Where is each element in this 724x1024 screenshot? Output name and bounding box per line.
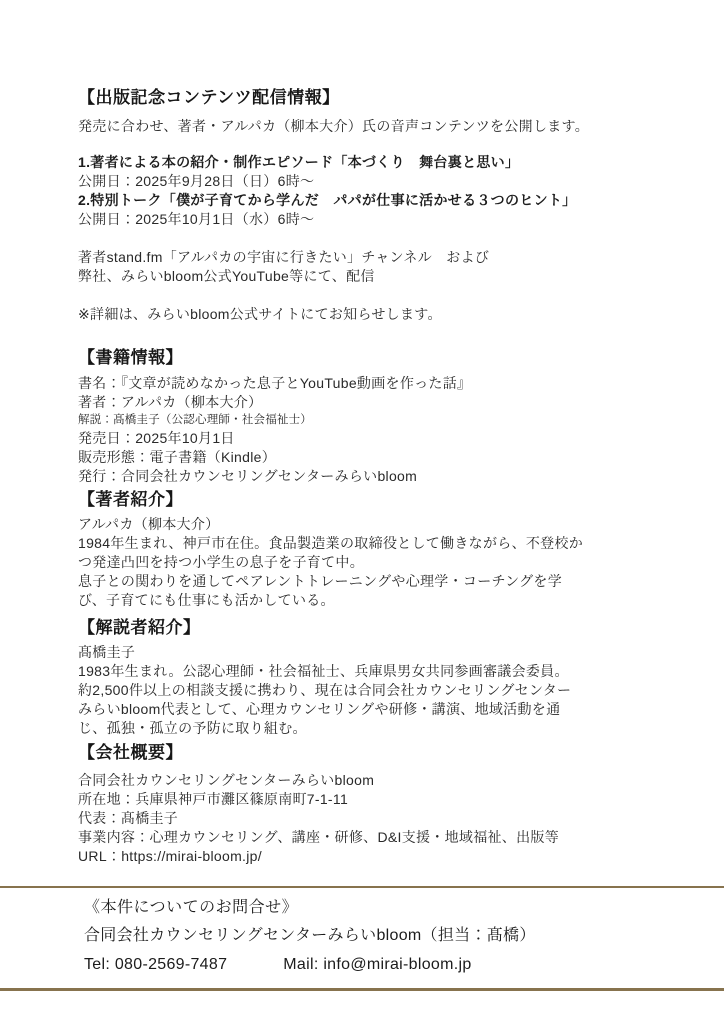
section-book-info: 【書籍情報】 書名：『文章が読めなかった息子とYouTube動画を作った話』 著… [78,346,668,486]
section-company-overview: 【会社概要】 合同会社カウンセリングセンターみらいbloom 所在地：兵庫県神戸… [78,741,668,866]
book-format-line: 販売形態：電子書籍（Kindle） [78,448,668,467]
release-item-1-title: 1.著者による本の紹介・制作エピソード「本づくり 舞台裏と思い」 [78,153,668,172]
release-intro: 発売に合わせ、著者・アルパカ（柳本大介）氏の音声コンテンツを公開します。 [78,117,668,136]
contact-tel-mail-line: Tel: 080-2569-7487Mail: info@mirai-bloom… [84,954,684,976]
author-profile-line: 息子との関わりを通してペアレントトレーニングや心理学・コーチングを学 [78,572,668,591]
release-items: 1.著者による本の紹介・制作エピソード「本づくり 舞台裏と思い」 公開日：202… [78,153,668,229]
release-item-2-title: 2.特別トーク「僕が子育てから学んだ パパが仕事に活かせる３つのヒント」 [78,191,668,210]
release-note: ※詳細は、みらいbloom公式サイトにてお知らせします。 [78,305,668,324]
company-details: 合同会社カウンセリングセンターみらいbloom 所在地：兵庫県神戸市灘区篠原南町… [78,771,668,866]
book-details: 書名：『文章が読めなかった息子とYouTube動画を作った話』 著者：アルパカ（… [78,374,668,486]
press-release-page: 【出版記念コンテンツ配信情報】 発売に合わせ、著者・アルパカ（柳本大介）氏の音声… [0,0,724,991]
contact-company-line: 合同会社カウンセリングセンターみらいbloom（担当：髙橋） [84,925,684,947]
channel-line: 弊社、みらいbloom公式YouTube等にて、配信 [78,267,668,286]
book-commentary-line: 解説：髙橋圭子（公認心理師・社会福祉士） [78,412,668,429]
release-info-heading: 【出版記念コンテンツ配信情報】 [78,86,668,110]
company-overview-heading: 【会社概要】 [78,741,668,765]
company-name-line: 合同会社カウンセリングセンターみらいbloom [78,771,668,790]
book-author-line: 著者：アルパカ（柳本大介） [78,393,668,412]
release-item-1-date: 公開日：2025年9月28日（日）6時～ [78,172,668,191]
book-info-heading: 【書籍情報】 [78,346,668,370]
section-commentator-profile: 【解説者紹介】 髙橋圭子 1983年生まれ。公認心理師・社会福祉士、兵庫県男女共… [78,616,668,738]
book-publisher-line: 発行：合同会社カウンセリングセンターみらいbloom [78,467,668,486]
commentator-profile-line: みらいbloom代表として、心理カウンセリングや研修・講演、地域活動を通 [78,700,668,719]
release-channels: 著者stand.fm「アルパカの宇宙に行きたい」チャンネル および 弊社、みらい… [78,248,668,286]
author-profile-line: アルパカ（柳本大介） [78,515,668,534]
commentator-profile-line: じ、孤独・孤立の予防に取り組む。 [78,719,668,738]
contact-heading: 《本件についてのお問合せ》 [84,897,684,919]
company-representative-line: 代表：髙橋圭子 [78,809,668,828]
author-profile-line: び、子育てにも仕事にも活かしている。 [78,591,668,610]
section-author-profile: 【著者紹介】 アルパカ（柳本大介） 1984年生まれ、神戸市在住。食品製造業の取… [78,488,668,610]
channel-line: 著者stand.fm「アルパカの宇宙に行きたい」チャンネル および [78,248,668,267]
commentator-profile-line: 1983年生まれ。公認心理師・社会福祉士、兵庫県男女共同参画審議会委員。 [78,662,668,681]
author-profile-line: つ発達凸凹を持つ小学生の息子を子育て中。 [78,553,668,572]
contact-footer: 《本件についてのお問合せ》 合同会社カウンセリングセンターみらいbloom（担当… [0,886,724,991]
release-item-2-date: 公開日：2025年10月1日（水）6時～ [78,210,668,229]
document-body: 【出版記念コンテンツ配信情報】 発売に合わせ、著者・アルパカ（柳本大介）氏の音声… [0,0,724,866]
commentator-profile-heading: 【解説者紹介】 [78,616,668,640]
company-url-line: URL：https://mirai-bloom.jp/ [78,847,668,866]
company-address-line: 所在地：兵庫県神戸市灘区篠原南町7-1-11 [78,790,668,809]
author-profile-line: 1984年生まれ、神戸市在住。食品製造業の取締役として働きながら、不登校か [78,534,668,553]
author-profile-heading: 【著者紹介】 [78,488,668,512]
author-profile-text: アルパカ（柳本大介） 1984年生まれ、神戸市在住。食品製造業の取締役として働き… [78,515,668,610]
contact-mail: Mail: info@mirai-bloom.jp [283,956,471,973]
book-title-line: 書名：『文章が読めなかった息子とYouTube動画を作った話』 [78,374,668,393]
commentator-profile-line: 髙橋圭子 [78,643,668,662]
contact-tel: Tel: 080-2569-7487 [84,956,227,973]
commentator-profile-line: 約2,500件以上の相談支援に携わり、現在は合同会社カウンセリングセンター [78,681,668,700]
book-release-line: 発売日：2025年10月1日 [78,429,668,448]
company-business-line: 事業内容：心理カウンセリング、講座・研修、D&I支援・地域福祉、出版等 [78,828,668,847]
commentator-profile-text: 髙橋圭子 1983年生まれ。公認心理師・社会福祉士、兵庫県男女共同参画審議会委員… [78,643,668,738]
section-release-info: 【出版記念コンテンツ配信情報】 発売に合わせ、著者・アルパカ（柳本大介）氏の音声… [78,86,668,324]
